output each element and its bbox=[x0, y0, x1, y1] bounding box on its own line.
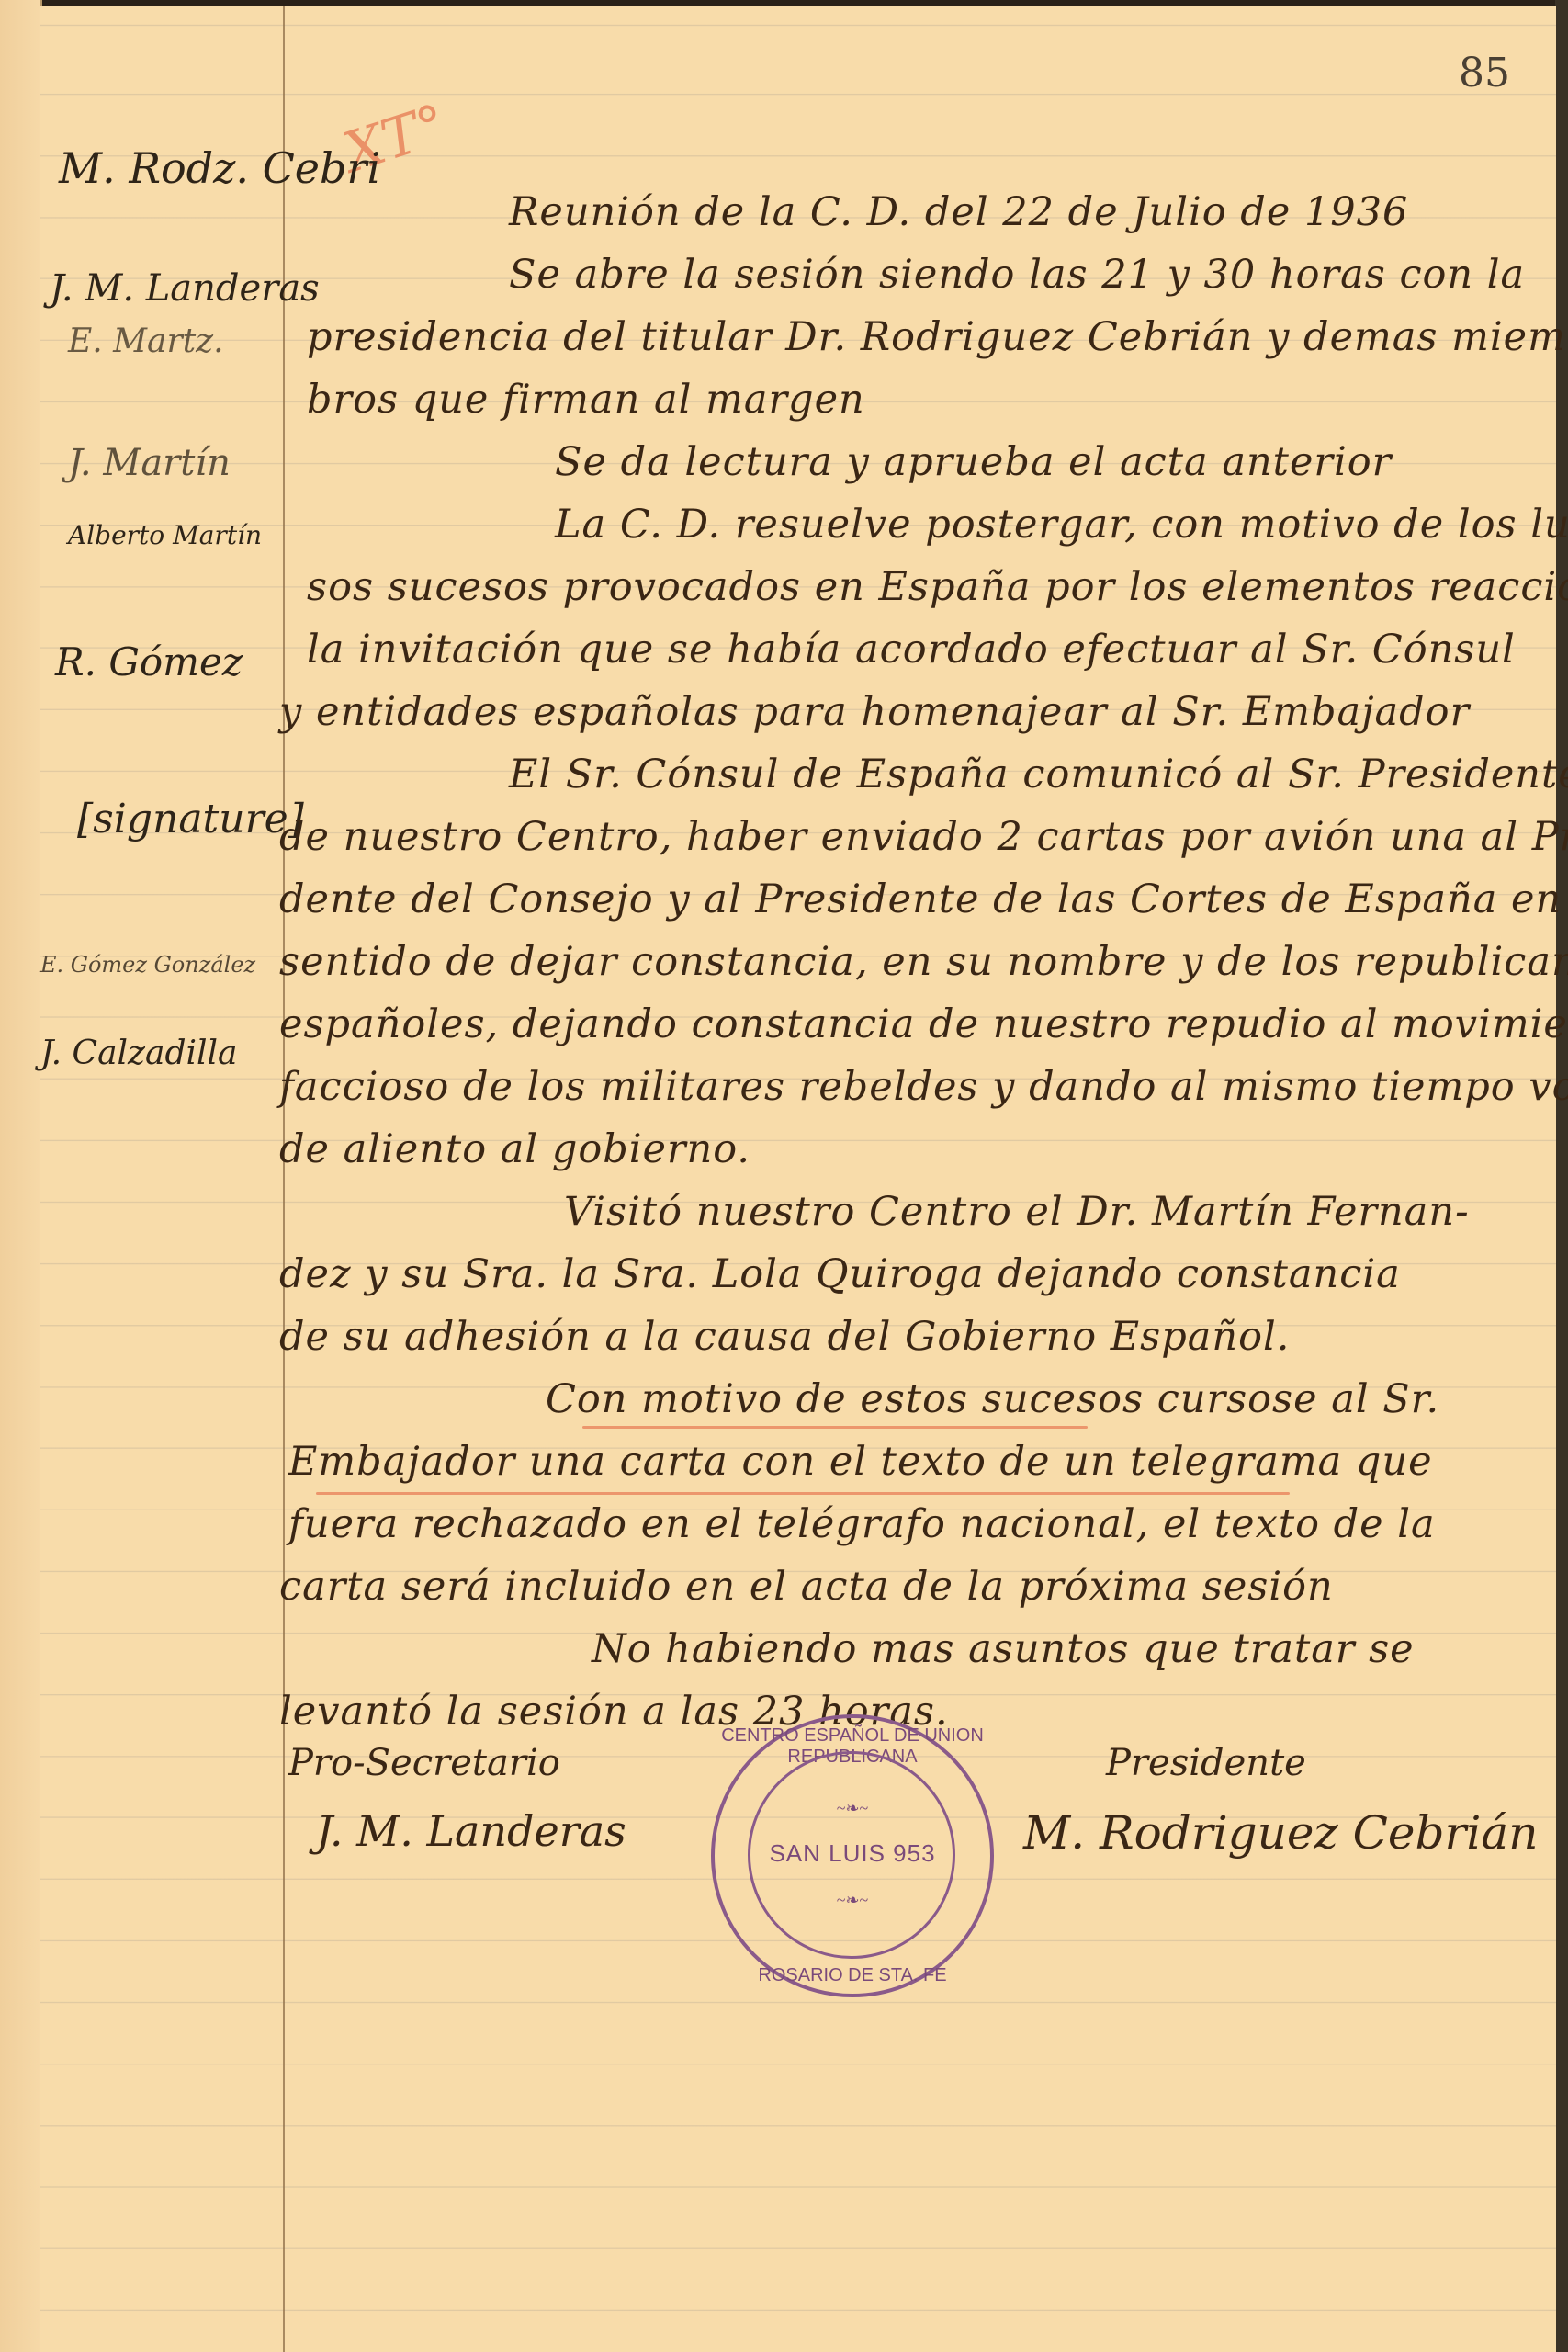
ledger-page: 85 XT° M. Rodz. Cebri J. M. Landeras E. … bbox=[40, 6, 1556, 2352]
margin-signature: R. Gómez bbox=[55, 639, 243, 684]
minutes-line: de su adhesión a la causa del Gobierno E… bbox=[279, 1314, 1290, 1360]
president-label: Presidente bbox=[1106, 1742, 1306, 1784]
president-signature: M. Rodriguez Cebrián bbox=[1023, 1806, 1538, 1860]
secretary-signature: J. M. Landeras bbox=[316, 1806, 626, 1856]
minutes-line: bros que firman al margen bbox=[307, 377, 865, 423]
red-underline bbox=[582, 1426, 1088, 1429]
margin-rule bbox=[283, 6, 285, 2352]
margin-signature: J. Calzadilla bbox=[40, 1035, 238, 1072]
minutes-line: Con motivo de estos sucesos cursose al S… bbox=[546, 1376, 1439, 1422]
minutes-line: Embajador una carta con el texto de un t… bbox=[288, 1439, 1433, 1485]
minutes-line: dente del Consejo y al Presidente de las… bbox=[279, 876, 1568, 922]
page-number: 85 bbox=[1459, 50, 1510, 96]
margin-signature: M. Rodz. Cebri bbox=[59, 143, 380, 193]
margin-signature: E. Martz. bbox=[68, 322, 224, 360]
minutes-line: presidencia del titular Dr. Rodriguez Ce… bbox=[307, 314, 1566, 360]
secretary-label: Pro-Secretario bbox=[288, 1742, 560, 1784]
minutes-line: dez y su Sra. la Sra. Lola Quiroga dejan… bbox=[279, 1251, 1401, 1297]
minutes-line: La C. D. resuelve postergar, con motivo … bbox=[555, 502, 1568, 548]
minutes-line: sentido de dejar constancia, en su nombr… bbox=[279, 939, 1568, 985]
red-underline bbox=[316, 1492, 1290, 1495]
organization-stamp: CENTRO ESPAÑOL DE UNION REPUBLICANA ~❧~ … bbox=[711, 1714, 994, 1997]
minutes-line: Se da lectura y aprueba el acta anterior bbox=[555, 439, 1392, 485]
stamp-ring-bottom: ROSARIO DE STA. FE bbox=[715, 1965, 990, 1986]
minutes-line: la invitación que se había acordado efec… bbox=[307, 627, 1516, 673]
stamp-address: SAN LUIS 953 bbox=[715, 1839, 990, 1868]
margin-signature: J. Martín bbox=[68, 442, 231, 484]
minutes-line: y entidades españolas para homenajear al… bbox=[279, 689, 1470, 735]
previous-page-edge bbox=[0, 0, 42, 2352]
margin-signature: [signature] bbox=[77, 796, 304, 842]
margin-signature: J. M. Landeras bbox=[50, 267, 320, 310]
minutes-line: españoles, dejando constancia de nuestro… bbox=[279, 1001, 1568, 1047]
minutes-line: Visitó nuestro Centro el Dr. Martín Fern… bbox=[564, 1189, 1470, 1235]
stamp-ornament-icon: ~❧~ bbox=[715, 1799, 990, 1818]
minutes-line: de aliento al gobierno. bbox=[279, 1126, 750, 1172]
margin-signature: E. Gómez González bbox=[40, 952, 255, 978]
minutes-line: fuera rechazado en el telégrafo nacional… bbox=[288, 1501, 1436, 1547]
minutes-line: de nuestro Centro, haber enviado 2 carta… bbox=[279, 814, 1568, 860]
minutes-title: Reunión de la C. D. del 22 de Julio de 1… bbox=[509, 189, 1408, 235]
minutes-line: faccioso de los militares rebeldes y dan… bbox=[279, 1064, 1568, 1110]
margin-signature: Alberto Martín bbox=[68, 520, 262, 550]
minutes-line: El Sr. Cónsul de España comunicó al Sr. … bbox=[509, 752, 1568, 797]
minutes-line: sos sucesos provocados en España por los… bbox=[307, 564, 1568, 610]
minutes-line: No habiendo mas asuntos que tratar se bbox=[592, 1626, 1415, 1672]
stamp-ornament-icon: ~❧~ bbox=[715, 1891, 990, 1910]
minutes-line: carta será incluido en el acta de la pró… bbox=[279, 1564, 1334, 1610]
minutes-line: Se abre la sesión siendo las 21 y 30 hor… bbox=[509, 252, 1525, 298]
